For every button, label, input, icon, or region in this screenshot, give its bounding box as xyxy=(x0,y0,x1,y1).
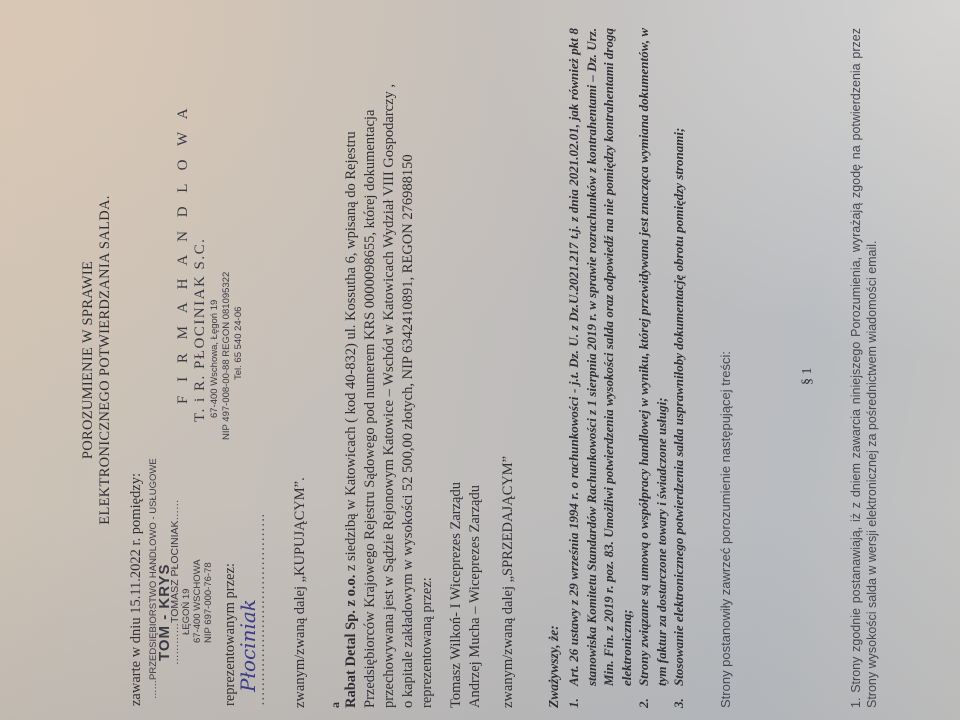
whereas-heading: Zważywszy, że: xyxy=(546,625,562,708)
whereas-item: 3.Stosowanie elektronicznego potwierdzen… xyxy=(670,28,688,708)
and-conjunction: a xyxy=(328,702,343,708)
seller-company-name: Rabat Detal Sp. z o.o. xyxy=(343,575,359,708)
agreement-intro: Strony postanowiły zawrzeć porozumienie … xyxy=(718,351,733,708)
agreement-date-intro: zawarte w dniu 15.11.2022 r. pomiędzy: xyxy=(128,473,145,706)
seller-line: reprezentowaną przez: xyxy=(418,84,437,708)
signature-dotted-line: …………………………………. xyxy=(252,514,269,706)
document-page: POROZUMIENIE W SPRAWIE ELEKTRONICZNEGO P… xyxy=(0,0,960,720)
seller-line: z siedzibą w Katowicach ( kod 40-832) ul… xyxy=(343,131,359,574)
section-mark: § 1 xyxy=(800,368,816,386)
seller-line: Przedsiębiorców Krajowego Rejestru Sądow… xyxy=(361,84,380,708)
clause-1: 1. Strony zgodnie postanawiają, iż z dni… xyxy=(848,28,880,708)
seller-stamp: F I R M A H A N D L O W A T. i R. PŁOCIN… xyxy=(175,80,245,440)
buyer-stamp-city: 67-400 WSCHOWA xyxy=(192,405,203,643)
buyer-role: zwanym/zwaną dalej „KUPUJĄCYM”. xyxy=(292,477,309,708)
seller-stamp-ids: NIP 497-008-00-88 REGON 081095322 xyxy=(221,80,233,440)
seller-stamp-address: 67-400 Wschowa, Łęgoń 19 xyxy=(209,80,221,418)
buyer-stamp: ……PRZEDSIĘBIORSTWO HANDLOWO - USŁUGOWE T… xyxy=(148,405,214,705)
document-title-line1: POROZUMIENIE W SPRAWIE xyxy=(80,0,97,720)
representative: Tomasz Wilkoń- I Wiceprezes Zarządu xyxy=(447,482,466,708)
seller-stamp-tel: Tel. 65 540 24-06 xyxy=(233,80,245,380)
seller-stamp-line2: T. i R. PŁOCINIAK S.C. xyxy=(192,80,209,422)
buyer-stamp-owner: TOMASZ PŁOCINIAK xyxy=(169,521,181,624)
document-title-line2: ELEKTRONICZNEGO POTWIERDZANIA SALDA. xyxy=(97,0,114,720)
seller-stamp-line1: F I R M A H A N D L O W A xyxy=(175,80,192,404)
whereas-list: 1.Art. 26 ustawy z 29 września 1994 r. o… xyxy=(565,28,688,708)
seller-role: zwanym/zwaną dalej „SPRZEDAJĄCYM” xyxy=(500,456,517,708)
representative: Andrzej Mucha – Wiceprezes Zarządu xyxy=(466,482,485,708)
whereas-item: 2.Strony związane są umową o współpracy … xyxy=(635,28,670,708)
representatives-list: Tomasz Wilkoń- I Wiceprezes Zarządu Andr… xyxy=(447,482,485,708)
whereas-item: 1.Art. 26 ustawy z 29 września 1994 r. o… xyxy=(565,28,635,708)
seller-line: o kapitale zakładowym w wysokości 52 500… xyxy=(399,84,418,708)
seller-description: Rabat Detal Sp. z o.o. z siedzibą w Kato… xyxy=(342,84,437,708)
buyer-stamp-nip: NIP 697-000-76-78 xyxy=(203,405,214,643)
seller-line: przechowywana jest w Sądzie Rejonowym Ka… xyxy=(380,84,399,708)
